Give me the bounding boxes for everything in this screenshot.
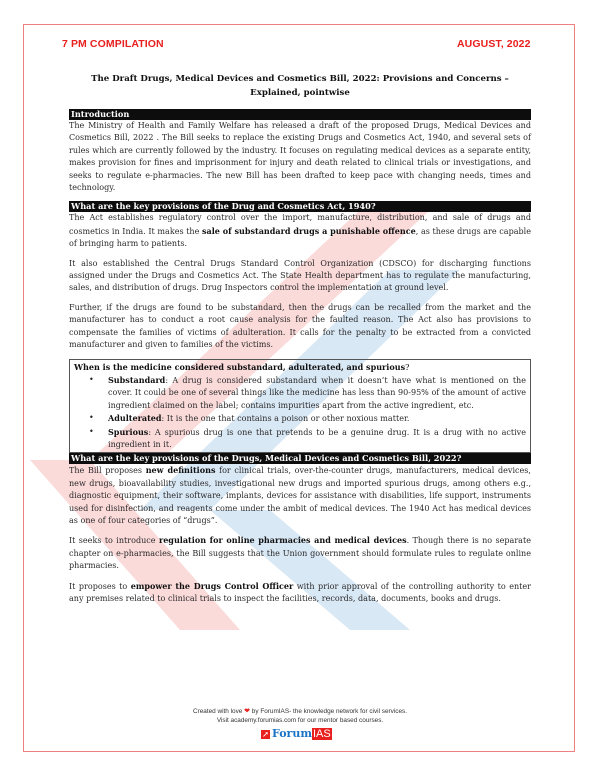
logo-text-ias: IAS <box>312 728 332 740</box>
act-paragraph-1: The Act establishes regulatory control o… <box>69 212 531 250</box>
document-body: Introduction The Ministry of Health and … <box>69 109 531 605</box>
running-header-left: 7 PM COMPILATION <box>62 38 164 50</box>
list-item-substandard: Substandard: A drug is considered substa… <box>108 374 526 412</box>
act-paragraph-3: Further, if the drugs are found to be su… <box>69 302 531 352</box>
footer-visit-link[interactable]: Visit academy.forumias.com for our mento… <box>0 717 600 724</box>
bill-paragraph-1: The Bill proposes new definitions for cl… <box>69 464 531 527</box>
list-item-spurious: Spurious: A spurious drug is one that pr… <box>108 426 526 452</box>
title-line-2: Explained, pointwise <box>62 86 538 100</box>
intro-paragraph: The Ministry of Health and Family Welfar… <box>69 120 531 194</box>
act-paragraph-2: It also established the Central Drugs St… <box>69 258 531 295</box>
forumias-logo[interactable]: ↗ Forum IAS <box>261 728 332 740</box>
footer-credit: Created with love ❤ by ForumIAS- the kno… <box>0 707 600 715</box>
section-heading-bill-2022: What are the key provisions of the Drugs… <box>69 453 531 464</box>
arrow-icon: ↗ <box>261 730 270 739</box>
section-heading-introduction: Introduction <box>69 109 531 120</box>
logo-text-forum: Forum <box>272 728 312 740</box>
bill-paragraph-3: It proposes to empower the Drugs Control… <box>69 580 531 606</box>
section-heading-act-1940: What are the key provisions of the Drug … <box>69 201 531 212</box>
definitions-box-title: When is the medicine considered substand… <box>74 361 526 374</box>
list-item-adulterated: Adulterated: It is the one that contains… <box>108 412 526 425</box>
definitions-box: When is the medicine considered substand… <box>69 359 531 454</box>
bill-paragraph-2: It seeks to introduce regulation for onl… <box>69 534 531 572</box>
running-header-right: AUGUST, 2022 <box>457 38 531 50</box>
title-line-1: The Draft Drugs, Medical Devices and Cos… <box>62 72 538 86</box>
document-title: The Draft Drugs, Medical Devices and Cos… <box>62 72 538 100</box>
definitions-list: Substandard: A drug is considered substa… <box>74 374 526 451</box>
